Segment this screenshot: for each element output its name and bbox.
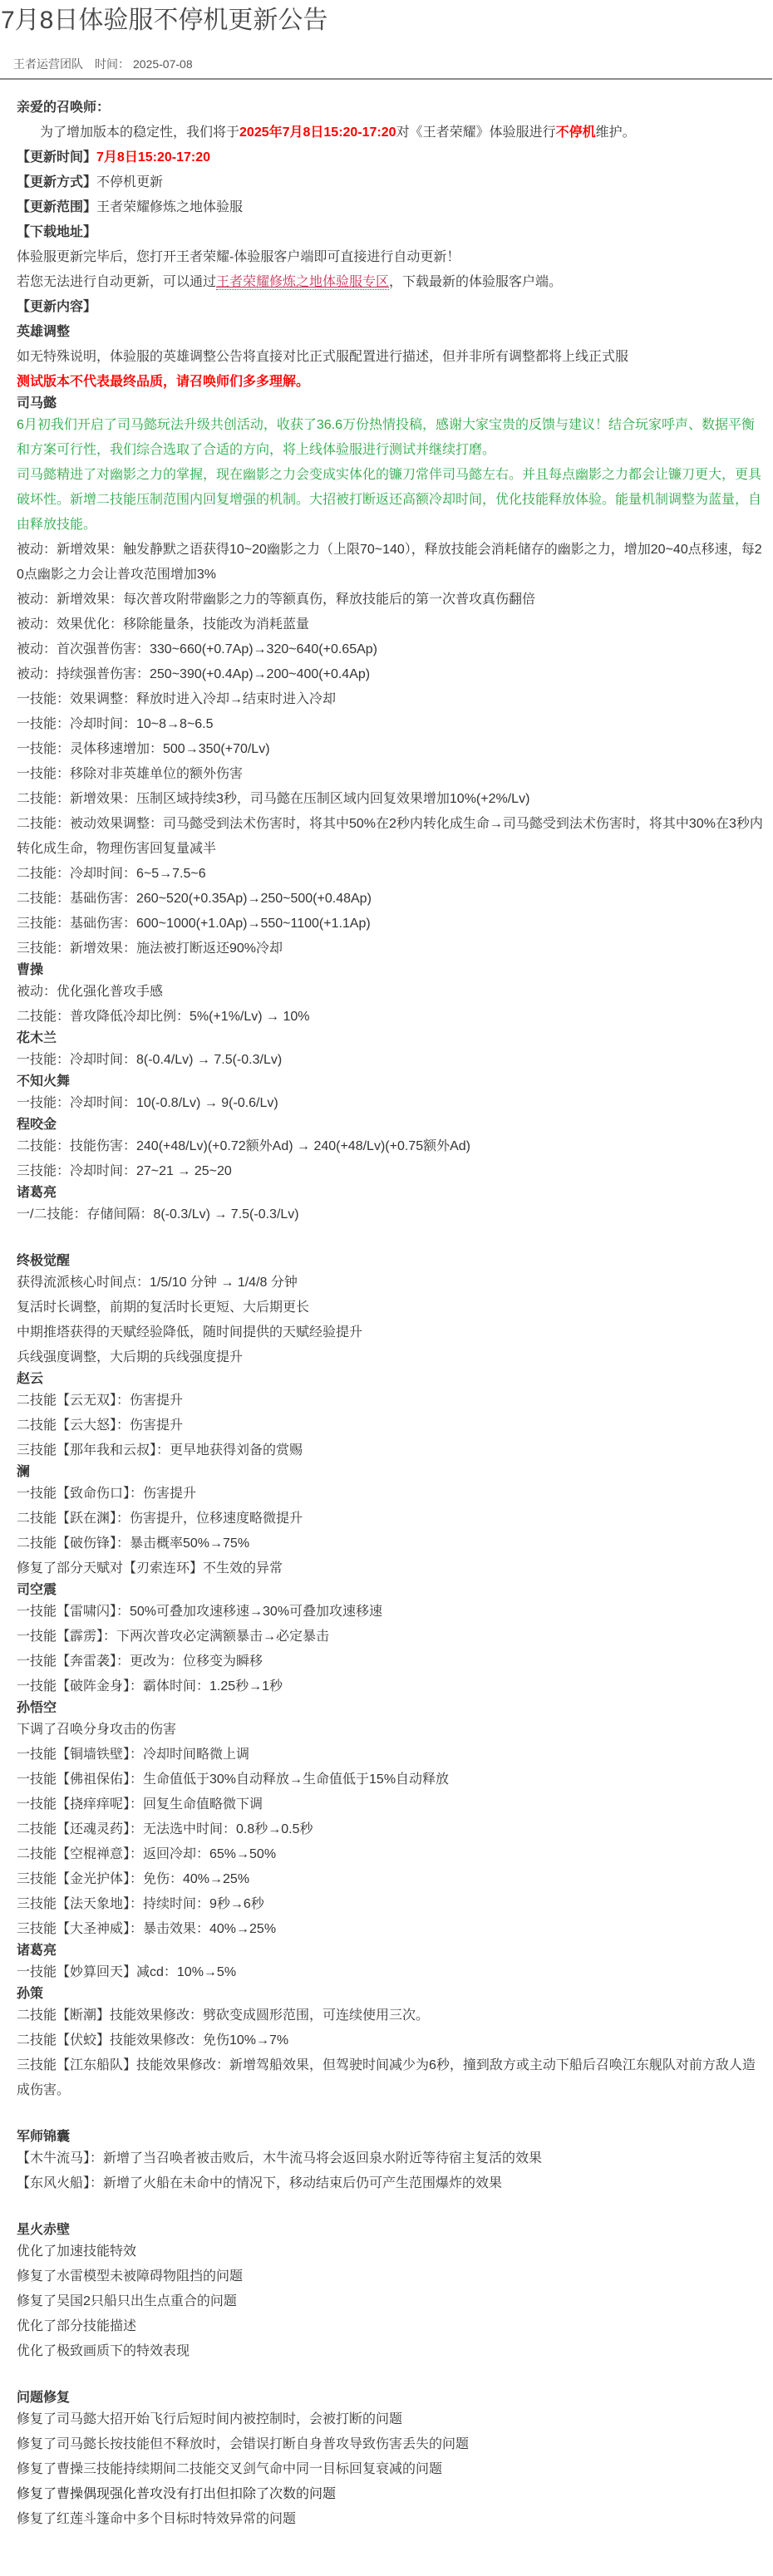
mode-change: 【东风火船】：新增了火船在未命中的情况下，移动结束后仍可产生范围爆炸的效果: [17, 2171, 765, 2196]
intro-text: 为了增加版本的稳定性，我们将于: [40, 125, 239, 140]
hero-name: 司马懿: [17, 395, 765, 413]
hero-change: 二技能【断潮】技能效果修改：劈砍变成圆形范围，可连续使用三次。: [17, 2003, 765, 2028]
update-content-label: 【更新内容】: [17, 295, 765, 320]
hero-change: 二技能：基础伤害：260~520(+0.35Ap)→250~500(+0.48A…: [17, 887, 765, 912]
hero-change: 二技能：技能伤害：240(+48/Lv)(+0.72额外Ad) → 240(+4…: [17, 1134, 765, 1159]
no-downtime-highlight: 不停机: [556, 125, 596, 140]
intro-paragraph: 为了增加版本的稳定性，我们将于2025年7月8日15:20-17:20对《王者荣…: [17, 120, 765, 145]
hero-name: 不知火舞: [17, 1073, 765, 1091]
section-title-ultimate-awakening: 终极觉醒: [17, 1252, 765, 1271]
mode-change: 优化了部分技能描述: [17, 2314, 765, 2339]
section-title-starfire-chibi: 星火赤壁: [17, 2221, 765, 2239]
hero-name: 曹操: [17, 961, 765, 980]
bug-fix-item: 修复了曹操三技能持续期间二技能交叉剑气命中同一目标回复衰减的问题: [17, 2457, 765, 2482]
update-time-value: 7月8日15:20-17:20: [96, 150, 210, 165]
hero-change: 一技能【雷啸闪】：50%可叠加攻速移速→30%可叠加攻速移速: [17, 1600, 765, 1625]
auto-update-text: 体验服更新完毕后，您打开王者荣耀-体验服客户端即可直接进行自动更新！: [17, 245, 765, 270]
test-version-warning: 测试版本不代表最终品质，请召唤师们多多理解。: [17, 370, 765, 395]
experience-server-zone-link[interactable]: 王者荣耀修炼之地体验服专区: [216, 275, 389, 290]
hero-change: 二技能：新增效果：压制区域持续3秒，司马懿在压制区域内回复效果增加10%(+2%…: [17, 787, 765, 812]
hero-change: 一技能【破阵金身】：霸体时间：1.25秒→1秒: [17, 1674, 765, 1699]
hero-change: 二技能：冷却时间：6~5→7.5~6: [17, 862, 765, 887]
hero-change: 一技能：冷却时间：10(-0.8/Lv) → 9(-0.6/Lv): [17, 1091, 765, 1116]
hero-change: 一技能【铜墙铁壁】：冷却时间略微上调: [17, 1743, 765, 1767]
hero-name: 孙策: [17, 1985, 765, 2003]
hero-change: 一技能【挠痒痒呢】：回复生命值略微下调: [17, 1792, 765, 1817]
hero-change: 被动：新增效果：每次普攻附带幽影之力的等额真伤，释放技能后的第一次普攻真伤翻倍: [17, 587, 765, 612]
hero-note: 司马懿精进了对幽影之力的掌握，现在幽影之力会变成实体化的镰刀常伴司马懿左右。并且…: [17, 463, 765, 538]
mode-change: 兵线强度调整，大后期的兵线强度提升: [17, 1345, 765, 1370]
hero-change: 三技能：基础伤害：600~1000(+1.0Ap)→550~1100(+1.1A…: [17, 912, 765, 937]
manual-download-text: ，下载最新的体验服客户端。: [389, 275, 562, 289]
section-title-hero-adjustments: 英雄调整: [17, 320, 765, 345]
spacer: [17, 2196, 765, 2221]
update-method-value: 不停机更新: [96, 175, 163, 189]
publish-date: 2025-07-08: [133, 57, 193, 71]
hero-change: 三技能【法天象地】：持续时间：9秒→6秒: [17, 1892, 765, 1917]
hero-change: 三技能【那年我和云叔】：更早地获得刘备的赏赐: [17, 1438, 765, 1463]
manual-download-text: 若您无法进行自动更新，可以通过: [17, 275, 216, 289]
hero-name: 花木兰: [17, 1030, 765, 1048]
hero-change: 被动：新增效果：触发静默之语获得10~20幽影之力（上限70~140），释放技能…: [17, 538, 765, 587]
maintenance-time: 2025年7月8日15:20-17:20: [239, 125, 396, 140]
hero-change: 一技能：冷却时间：8(-0.4/Lv) → 7.5(-0.3/Lv): [17, 1048, 765, 1073]
hero-change: 二技能：普攻降低冷却比例：5%(+1%/Lv) → 10%: [17, 1005, 765, 1030]
spacer: [17, 2103, 765, 2128]
mode-change: 修复了吴国2只船只出生点重合的问题: [17, 2289, 765, 2314]
mode-change: 复活时长调整，前期的复活时长更短、大后期更长: [17, 1295, 765, 1320]
spacer: [17, 1227, 765, 1252]
hero-name: 诸葛亮: [17, 1942, 765, 1960]
hero-change: 一技能【妙算回天】减cd：10%→5%: [17, 1960, 765, 1985]
hero-change: 三技能【江东船队】技能效果修改：新增驾船效果，但驾驶时间减少为6秒，撞到敌方或主…: [17, 2053, 765, 2103]
bug-fix-item: 修复了司马懿大招开始飞行后短时间内被控制时，会被打断的问题: [17, 2407, 765, 2432]
update-time-row: 【更新时间】7月8日15:20-17:20: [17, 145, 765, 170]
hero-change: 一技能：灵体移速增加：500→350(+70/Lv): [17, 737, 765, 762]
greeting: 亲爱的召唤师：: [17, 96, 765, 120]
download-label: 【下载地址】: [17, 220, 765, 245]
disclaimer: 如无特殊说明，体验服的英雄调整公告将直接对比正式服配置进行描述，但并非所有调整都…: [17, 345, 765, 370]
announcement-page: 7月8日体验服不停机更新公告 王者运营团队时间：2025-07-08 亲爱的召唤…: [0, 0, 773, 2576]
update-time-label: 【更新时间】: [17, 150, 96, 165]
hero-change: 二技能【还魂灵药】：无法选中时间：0.8秒→0.5秒: [17, 1817, 765, 1842]
hero-name: 程咬金: [17, 1116, 765, 1134]
hero-change: 下调了召唤分身攻击的伤害: [17, 1718, 765, 1743]
update-scope-row: 【更新范围】王者荣耀修炼之地体验服: [17, 195, 765, 220]
spacer: [17, 2364, 765, 2389]
hero-change: 二技能：被动效果调整：司马懿受到法术伤害时，将其中50%在2秒内转化成生命→司马…: [17, 812, 765, 862]
update-scope-label: 【更新范围】: [17, 200, 96, 214]
hero-change: 二技能【跃在渊】：伤害提升，位移速度略微提升: [17, 1507, 765, 1531]
intro-text: 维护。: [596, 125, 636, 140]
hero-name: 澜: [17, 1463, 765, 1482]
bug-fix-item: 修复了曹操偶现强化普攻没有打出但扣除了次数的问题: [17, 2482, 765, 2507]
hero-change: 一/二技能：存储间隔：8(-0.3/Lv) → 7.5(-0.3/Lv): [17, 1202, 765, 1227]
mode-change: 优化了极致画质下的特效表现: [17, 2339, 765, 2364]
hero-change: 三技能：新增效果：施法被打断返还90%冷却: [17, 937, 765, 961]
bug-fix-item: 修复了司马懿长按技能但不释放时，会错误打断自身普攻导致伤害丢失的问题: [17, 2432, 765, 2457]
hero-change: 被动：首次强普伤害：330~660(+0.7Ap)→320~640(+0.65A…: [17, 637, 765, 662]
hero-change: 被动：优化强化普攻手感: [17, 980, 765, 1005]
author: 王者运营团队: [13, 57, 83, 71]
hero-change: 三技能：冷却时间：27~21 → 25~20: [17, 1159, 765, 1184]
article-meta: 王者运营团队时间：2025-07-08: [0, 56, 773, 72]
update-method-row: 【更新方式】不停机更新: [17, 170, 765, 195]
hero-change: 三技能【金光护体】：免伤：40%→25%: [17, 1867, 765, 1892]
hero-name: 诸葛亮: [17, 1184, 765, 1202]
update-scope-value: 王者荣耀修炼之地体验服: [96, 200, 243, 214]
section-title-bug-fixes: 问题修复: [17, 2389, 765, 2407]
section-title-strategist-bag: 军师锦囊: [17, 2128, 765, 2146]
hero-change: 二技能【云大怒】：伤害提升: [17, 1413, 765, 1438]
manual-download-row: 若您无法进行自动更新，可以通过王者荣耀修炼之地体验服专区，下载最新的体验服客户端…: [17, 270, 765, 295]
time-label: 时间：: [95, 57, 130, 71]
hero-change: 一技能：效果调整：释放时进入冷却→结束时进入冷却: [17, 687, 765, 712]
hero-name: 孙悟空: [17, 1699, 765, 1718]
hero-name: 司空震: [17, 1581, 765, 1600]
page-title: 7月8日体验服不停机更新公告: [0, 0, 773, 42]
article-body: 亲爱的召唤师： 为了增加版本的稳定性，我们将于2025年7月8日15:20-17…: [0, 80, 773, 2557]
bug-fix-item: 修复了红莲斗篷命中多个目标时特效异常的问题: [17, 2507, 765, 2532]
hero-change: 被动：持续强普伤害：250~390(+0.4Ap)→200~400(+0.4Ap…: [17, 662, 765, 687]
mode-change: 【木牛流马】：新增了当召唤者被击败后，木牛流马将会返回泉水附近等待宿主复活的效果: [17, 2146, 765, 2171]
intro-text: 对《王者荣耀》体验服进行: [396, 125, 556, 140]
hero-note: 6月初我们开启了司马懿玩法升级共创活动，收获了36.6万份热情投稿，感谢大家宝贵…: [17, 413, 765, 463]
hero-change: 被动：效果优化：移除能量条，技能改为消耗蓝量: [17, 612, 765, 637]
hero-change: 修复了部分天赋对【刃索连环】不生效的异常: [17, 1556, 765, 1581]
update-method-label: 【更新方式】: [17, 175, 96, 189]
hero-change: 一技能【奔雷袭】：更改为：位移变为瞬移: [17, 1649, 765, 1674]
hero-change: 二技能【空棍禅意】：返回冷却：65%→50%: [17, 1842, 765, 1867]
mode-change: 优化了加速技能特效: [17, 2239, 765, 2264]
mode-change: 修复了水雷模型未被障碍物阻挡的问题: [17, 2264, 765, 2289]
mode-change: 获得流派核心时间点：1/5/10 分钟 → 1/4/8 分钟: [17, 1271, 765, 1295]
hero-change: 一技能：冷却时间：10~8→8~6.5: [17, 712, 765, 737]
hero-change: 一技能【致命伤口】：伤害提升: [17, 1482, 765, 1507]
hero-change: 一技能【佛祖保佑】：生命值低于30%自动释放→生命值低于15%自动释放: [17, 1767, 765, 1792]
hero-change: 二技能【云无双】：伤害提升: [17, 1389, 765, 1413]
hero-change: 三技能【大圣神威】：暴击效果：40%→25%: [17, 1917, 765, 1942]
hero-change: 二技能【伏蛟】技能效果修改：免伤10%→7%: [17, 2028, 765, 2053]
hero-change: 一技能【霹雳】：下两次普攻必定满额暴击→必定暴击: [17, 1625, 765, 1649]
hero-change: 二技能【破伤锋】：暴击概率50%→75%: [17, 1531, 765, 1556]
hero-name: 赵云: [17, 1370, 765, 1389]
hero-change: 一技能：移除对非英雄单位的额外伤害: [17, 762, 765, 787]
mode-change: 中期推塔获得的天赋经验降低，随时间提供的天赋经验提升: [17, 1320, 765, 1345]
